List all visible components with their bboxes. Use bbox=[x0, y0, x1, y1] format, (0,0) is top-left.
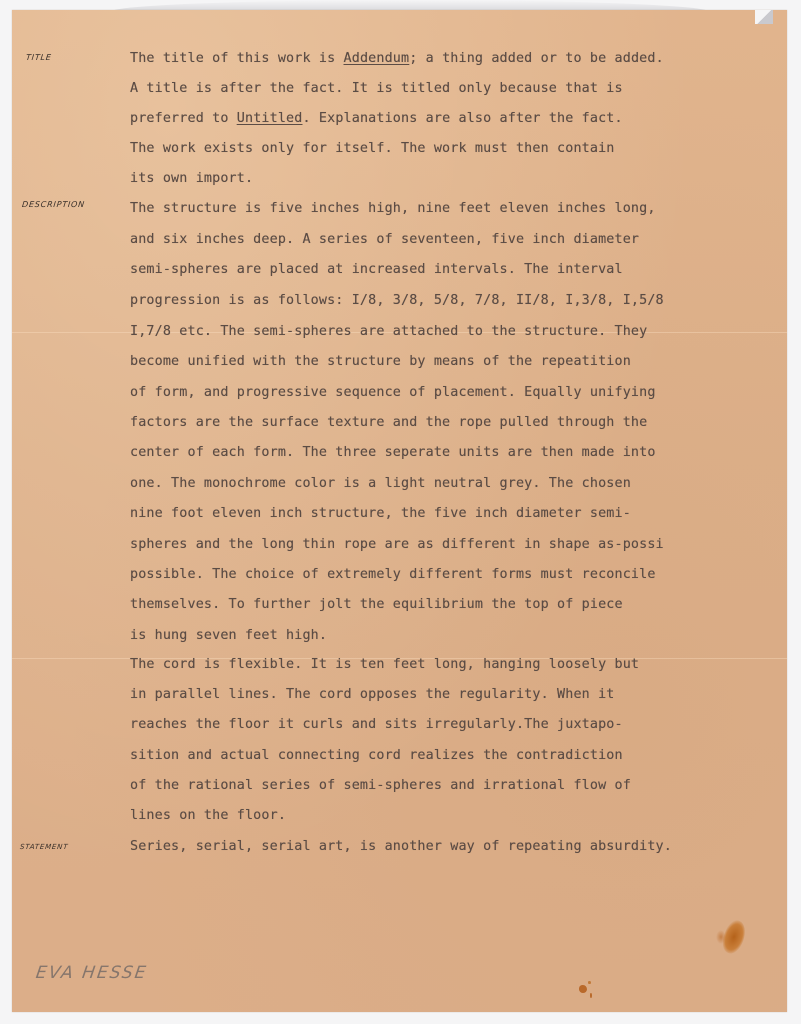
description-line: The structure is five inches high, nine … bbox=[130, 201, 656, 216]
rust-stain bbox=[716, 930, 726, 944]
description-line: in parallel lines. The cord opposes the … bbox=[130, 687, 615, 702]
description-line: I,7/8 etc. The semi-spheres are attached… bbox=[130, 324, 647, 339]
description-line: sition and actual connecting cord realiz… bbox=[130, 748, 623, 763]
title-line: A title is after the fact. It is titled … bbox=[130, 81, 623, 96]
signature: EVA HESSE bbox=[35, 963, 149, 983]
title-line: preferred to Untitled. Explanations are … bbox=[130, 111, 623, 126]
text-run: The title of this work is bbox=[130, 51, 344, 66]
label-title: Title bbox=[26, 53, 53, 62]
statement-line: Series, serial, serial art, is another w… bbox=[130, 839, 672, 854]
text-run: preferred to bbox=[130, 111, 237, 126]
description-line: factors are the surface texture and the … bbox=[130, 415, 647, 430]
label-statement: Statement bbox=[20, 843, 69, 851]
description-line: spheres and the long thin rope are as di… bbox=[130, 537, 664, 552]
work-title-addendum: Addendum bbox=[344, 51, 410, 66]
description-line: nine foot eleven inch structure, the fiv… bbox=[130, 506, 631, 521]
description-line: of the rational series of semi-spheres a… bbox=[130, 778, 631, 793]
rust-stain bbox=[579, 985, 587, 993]
text-run: ; a thing added or to be added. bbox=[409, 51, 664, 66]
torn-corner bbox=[755, 10, 773, 24]
text-run: . Explanations are also after the fact. bbox=[302, 111, 622, 126]
description-line: reaches the floor it curls and sits irre… bbox=[130, 717, 623, 732]
document-viewer: Title Description Statement The title of… bbox=[0, 0, 801, 1024]
description-line: of form, and progressive sequence of pla… bbox=[130, 385, 656, 400]
untitled-term: Untitled bbox=[237, 111, 303, 126]
title-line: The work exists only for itself. The wor… bbox=[130, 141, 615, 156]
description-line: The cord is flexible. It is ten feet lon… bbox=[130, 657, 639, 672]
rust-stain bbox=[588, 981, 591, 984]
typewritten-page: Title Description Statement The title of… bbox=[12, 10, 787, 1012]
description-line: semi-spheres are placed at increased int… bbox=[130, 262, 623, 277]
description-line: themselves. To further jolt the equilibr… bbox=[130, 597, 623, 612]
description-line: become unified with the structure by mea… bbox=[130, 354, 631, 369]
description-line: center of each form. The three seperate … bbox=[130, 445, 656, 460]
description-line: one. The monochrome color is a light neu… bbox=[130, 476, 631, 491]
title-line: The title of this work is Addendum; a th… bbox=[130, 51, 664, 66]
title-line: its own import. bbox=[130, 171, 253, 186]
description-line: and six inches deep. A series of sevente… bbox=[130, 232, 639, 247]
description-line: progression is as follows: I/8, 3/8, 5/8… bbox=[130, 293, 664, 308]
description-line: possible. The choice of extremely differ… bbox=[130, 567, 656, 582]
label-description: Description bbox=[22, 200, 86, 209]
rust-stain bbox=[590, 993, 592, 998]
description-line: is hung seven feet high. bbox=[130, 628, 327, 643]
description-line: lines on the floor. bbox=[130, 808, 286, 823]
